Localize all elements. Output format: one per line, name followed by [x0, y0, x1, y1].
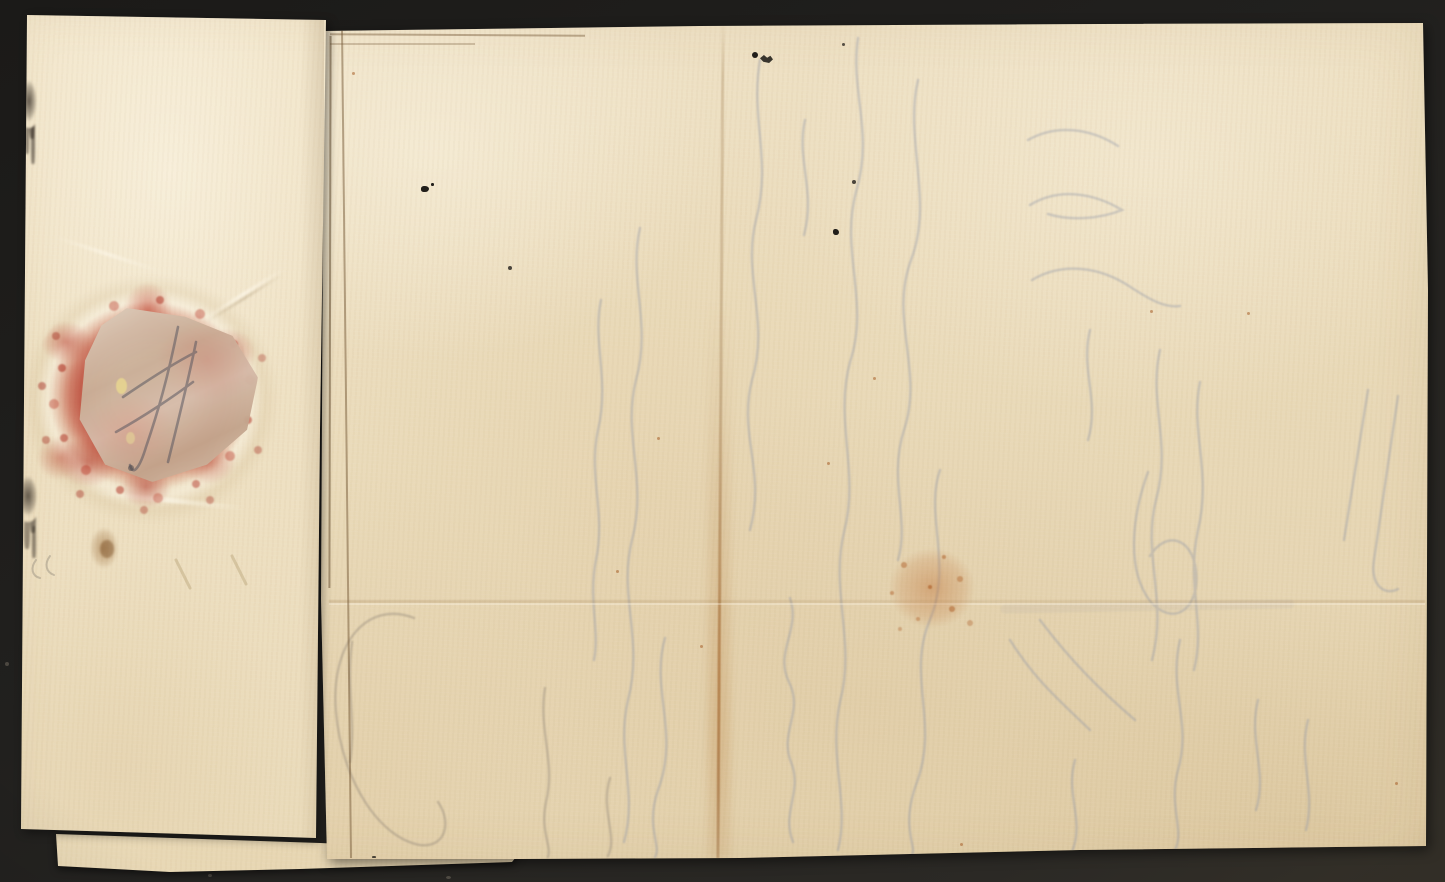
foxing-dot: [657, 437, 660, 440]
foxing-dot: [1150, 310, 1153, 313]
foxing-dot: [873, 377, 876, 380]
ink-speck: [760, 55, 773, 63]
paper-wrinkle: [202, 267, 286, 321]
seal-pencil-scribble: [28, 282, 272, 514]
paper-wrinkle: [234, 327, 255, 395]
foxing-dot: [960, 843, 963, 846]
foxing-dot: [1395, 782, 1398, 785]
pencil-marks-group: [335, 614, 611, 857]
foxing-dot: [700, 645, 703, 648]
ink-showthrough-group: [593, 38, 1398, 857]
brown-stain-core: [100, 540, 114, 558]
ink-speck: [421, 186, 429, 192]
paper-grain: [0, 0, 1445, 882]
foxing-dot: [352, 72, 355, 75]
paper-grain: [0, 0, 1445, 882]
ink-speck: [833, 229, 839, 235]
wax-spill: [30, 430, 90, 486]
dust-speck: [5, 662, 9, 666]
ink-speck: [431, 183, 434, 186]
main-sheet-wrap: [0, 0, 1445, 882]
vertical-fold-crease: [716, 26, 724, 858]
flap-wrap: [0, 0, 1445, 882]
wax-seal-ring: [28, 282, 272, 514]
rust-stain: [878, 538, 986, 638]
inner-sheet-top-edge-line: [330, 43, 475, 45]
main-sheet: [0, 0, 1445, 882]
ink-speck: [508, 266, 512, 270]
horizontal-fold-highlight: [329, 603, 1425, 605]
under-sheet-wrap: [0, 0, 1445, 882]
paper-wrinkle: [205, 273, 283, 323]
wax-seal: [28, 282, 272, 514]
foxing-dot: [1247, 312, 1250, 315]
flap-faint-marks: [0, 0, 340, 882]
seal-pale-fleck: [116, 378, 127, 394]
ink-speck: [372, 856, 376, 858]
inner-sheet-top-edge-line: [330, 33, 585, 37]
soot-smudge: [16, 470, 40, 522]
paper-wrinkle: [54, 235, 160, 273]
dust-speck: [446, 876, 451, 879]
photo-stage: [0, 0, 1445, 882]
ink-speck: [842, 43, 845, 46]
seal-pale-fleck: [126, 432, 135, 444]
soot-smudge: [19, 74, 39, 128]
inner-sheet-edge-line: [341, 28, 352, 858]
paper-wrinkle: [96, 490, 246, 511]
wax-seal-speckles: [147, 395, 153, 401]
under-sheet: [0, 0, 1445, 882]
foxing-dot: [827, 462, 830, 465]
ink-speck: [752, 52, 758, 58]
horizontal-fold-crease: [329, 600, 1425, 603]
vertical-fold-halo: [708, 300, 730, 858]
brown-stain: [86, 522, 122, 574]
inner-sheet-edge-line: [328, 36, 331, 588]
dust-speck: [208, 874, 212, 877]
ink-speck: [852, 180, 856, 184]
seal-emboss-ring: [10, 264, 290, 534]
seal-paper-patch: [76, 308, 258, 482]
foxing-dot: [616, 570, 619, 573]
showthrough-writing: [0, 0, 1445, 882]
flap-edge-shading: [300, 16, 324, 838]
fold-flap: [0, 0, 1445, 882]
paper-grain: [0, 0, 1445, 882]
rust-stain-speckles: [928, 585, 932, 589]
